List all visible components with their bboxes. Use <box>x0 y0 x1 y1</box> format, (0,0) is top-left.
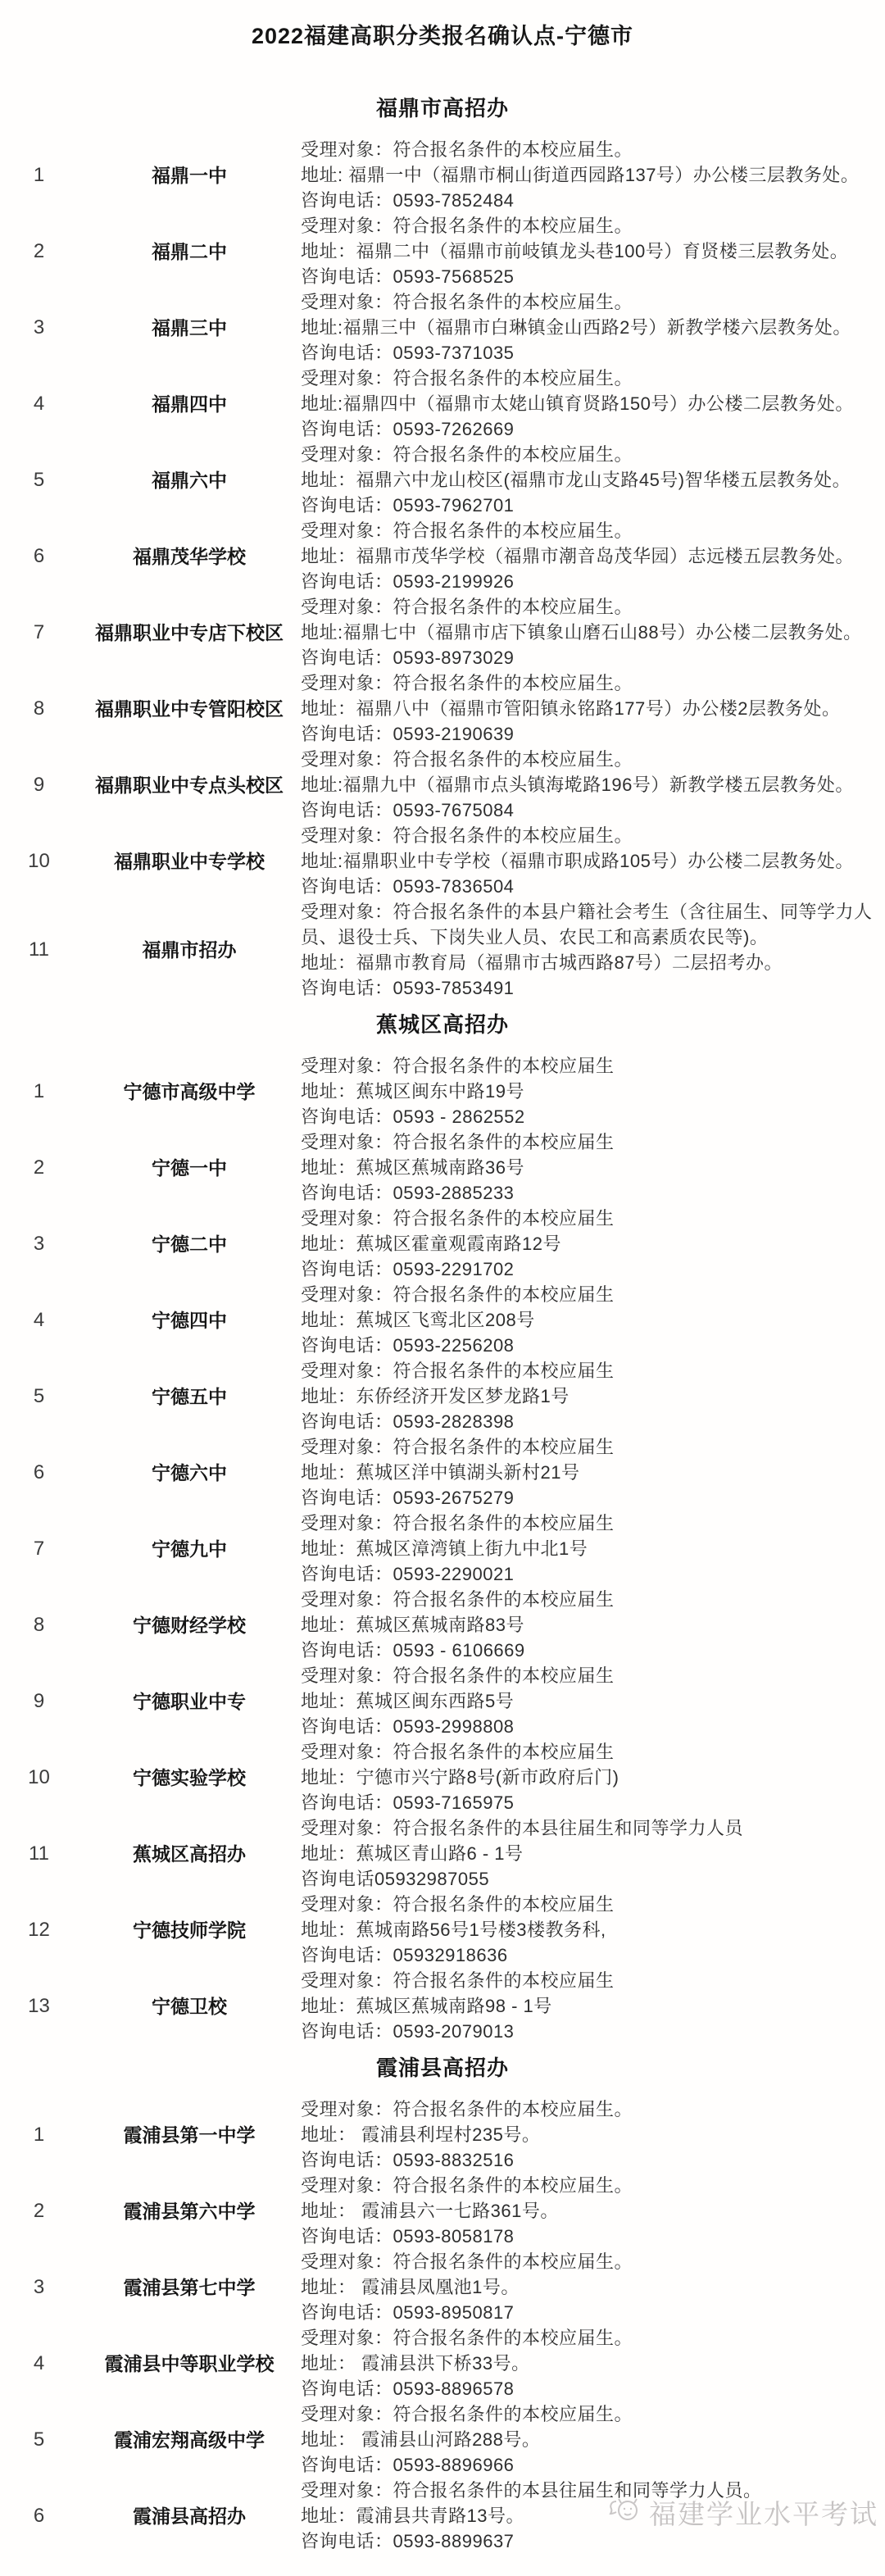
row-number: 4 <box>0 1309 78 1332</box>
row-number: 12 <box>0 1919 78 1942</box>
detail-line: 咨询电话：0593 - 6106669 <box>301 1638 878 1663</box>
table-row: 11 福鼎市招办 受理对象：符合报名条件的本县户籍社会考生（含往届生、同等学力人… <box>0 899 885 1001</box>
detail-line: 地址:福鼎四中（福鼎市太姥山镇育贤路150号）办公楼二层教务处。 <box>301 391 878 416</box>
school-name: 宁德九中 <box>78 1538 301 1561</box>
row-details: 受理对象：符合报名条件的本校应届生地址：蕉城区飞鸾北区208号咨询电话：0593… <box>301 1282 885 1358</box>
section-header: 霞浦县高招办 <box>0 2054 885 2082</box>
row-number: 1 <box>0 164 78 187</box>
detail-line: 受理对象：符合报名条件的本校应届生 <box>301 1511 878 1536</box>
table-row: 5 福鼎六中 受理对象：符合报名条件的本校应届生。地址：福鼎六中龙山校区(福鼎市… <box>0 442 885 518</box>
row-number: 3 <box>0 1233 78 1256</box>
detail-line: 地址：蕉城区洋中镇湖头新村21号 <box>301 1460 878 1485</box>
detail-line: 受理对象：符合报名条件的本校应届生。 <box>301 289 878 315</box>
school-name: 宁德财经学校 <box>78 1614 301 1637</box>
table-row: 11 蕉城区高招办 受理对象：符合报名条件的本县往届生和同等学力人员地址：蕉城区… <box>0 1815 885 1892</box>
table-row: 6 宁德六中 受理对象：符合报名条件的本校应届生地址：蕉城区洋中镇湖头新村21号… <box>0 1434 885 1511</box>
mascot-icon <box>608 2495 644 2531</box>
detail-line: 地址：宁德市兴宁路8号(新市政府后门) <box>301 1765 878 1790</box>
table-row: 3 宁德二中 受理对象：符合报名条件的本校应届生地址：蕉城区霍童观霞南路12号咨… <box>0 1206 885 1282</box>
detail-line: 受理对象：符合报名条件的本校应届生 <box>301 1053 878 1079</box>
detail-line: 地址：蕉城区蕉城南路83号 <box>301 1612 878 1638</box>
detail-line: 地址：蕉城区蕉城南路98 - 1号 <box>301 1993 878 2019</box>
school-name: 福鼎二中 <box>78 240 301 263</box>
detail-line: 地址:福鼎九中（福鼎市点头镇海墘路196号）新教学楼五层教务处。 <box>301 772 878 797</box>
detail-line: 咨询电话：0593 - 2862552 <box>301 1104 878 1129</box>
row-number: 7 <box>0 1538 78 1561</box>
detail-line: 咨询电话：0593-8950817 <box>301 2300 878 2325</box>
row-details: 受理对象：符合报名条件的本校应届生地址：蕉城区蕉城南路83号咨询电话：0593 … <box>301 1587 885 1663</box>
row-details: 受理对象：符合报名条件的本校应届生地址：蕉城南路56号1号楼3楼教务科,咨询电话… <box>301 1892 885 1968</box>
row-details: 受理对象：符合报名条件的本校应届生。地址:福鼎九中（福鼎市点头镇海墘路196号）… <box>301 747 885 823</box>
detail-line: 地址： 霞浦县利埕村235号。 <box>301 2122 878 2147</box>
detail-line: 受理对象：符合报名条件的本校应届生。 <box>301 2249 878 2274</box>
school-name: 福鼎职业中专店下校区 <box>78 621 301 644</box>
table-row: 5 宁德五中 受理对象：符合报名条件的本校应届生地址：东侨经济开发区梦龙路1号咨… <box>0 1358 885 1434</box>
detail-line: 地址：福鼎市教育局（福鼎市古城西路87号）二层招考办。 <box>301 950 878 975</box>
detail-line: 咨询电话05932987055 <box>301 1866 878 1892</box>
row-details: 受理对象：符合报名条件的本校应届生。地址： 霞浦县洪下桥33号。咨询电话：059… <box>301 2325 885 2401</box>
detail-line: 受理对象：符合报名条件的本校应届生 <box>301 1739 878 1765</box>
school-name: 宁德市高级中学 <box>78 1080 301 1103</box>
table-row: 9 宁德职业中专 受理对象：符合报名条件的本校应届生地址：蕉城区闽东西路5号咨询… <box>0 1663 885 1739</box>
table-row: 8 宁德财经学校 受理对象：符合报名条件的本校应届生地址：蕉城区蕉城南路83号咨… <box>0 1587 885 1663</box>
detail-line: 受理对象：符合报名条件的本校应届生 <box>301 1892 878 1917</box>
detail-line: 受理对象：符合报名条件的本县户籍社会考生（含往届生、同等学力人员、退役士兵、下岗… <box>301 899 878 950</box>
row-number: 2 <box>0 1156 78 1179</box>
row-number: 3 <box>0 2276 78 2299</box>
detail-line: 地址：蕉城区霍童观霞南路12号 <box>301 1231 878 1256</box>
section: 蕉城区高招办 1 宁德市高级中学 受理对象：符合报名条件的本校应届生地址：蕉城区… <box>0 1011 885 2044</box>
table-row: 2 福鼎二中 受理对象：符合报名条件的本校应届生。地址：福鼎二中（福鼎市前岐镇龙… <box>0 213 885 289</box>
detail-line: 受理对象：符合报名条件的本校应届生。 <box>301 518 878 543</box>
detail-line: 咨询电话：0593-7675084 <box>301 797 878 823</box>
school-name: 宁德四中 <box>78 1309 301 1332</box>
school-name: 霞浦宏翔高级中学 <box>78 2428 301 2451</box>
row-details: 受理对象：符合报名条件的本校应届生地址：蕉城区霍童观霞南路12号咨询电话：059… <box>301 1206 885 1282</box>
section-rows: 1 宁德市高级中学 受理对象：符合报名条件的本校应届生地址：蕉城区闽东中路19号… <box>0 1053 885 2044</box>
document-page: 2022福建高职分类报名确认点-宁德市 福鼎市高招办 1 福鼎一中 受理对象：符… <box>0 0 885 2576</box>
row-details: 受理对象：符合报名条件的本校应届生。地址：福鼎市茂华学校（福鼎市潮音岛茂华园）志… <box>301 518 885 594</box>
row-number: 5 <box>0 469 78 492</box>
row-details: 受理对象：符合报名条件的本校应届生地址：蕉城区闽东西路5号咨询电话：0593-2… <box>301 1663 885 1739</box>
section: 福鼎市高招办 1 福鼎一中 受理对象：符合报名条件的本校应届生。地址: 福鼎一中… <box>0 94 885 1001</box>
school-name: 福鼎职业中专管阳校区 <box>78 697 301 720</box>
detail-line: 咨询电话：0593-2290021 <box>301 1561 878 1587</box>
school-name: 宁德技师学院 <box>78 1919 301 1942</box>
school-name: 霞浦县中等职业学校 <box>78 2352 301 2375</box>
school-name: 宁德五中 <box>78 1385 301 1408</box>
detail-line: 地址：蕉城区青山路6 - 1号 <box>301 1841 878 1866</box>
school-name: 福鼎职业中专学校 <box>78 850 301 873</box>
school-name: 福鼎职业中专点头校区 <box>78 774 301 797</box>
watermark-label: 福建学业水平考试 <box>649 2493 878 2532</box>
detail-line: 咨询电话：0593-2199926 <box>301 569 878 594</box>
table-row: 7 宁德九中 受理对象：符合报名条件的本校应届生地址：蕉城区漳湾镇上街九中北1号… <box>0 1511 885 1587</box>
detail-line: 地址：蕉城区蕉城南路36号 <box>301 1155 878 1180</box>
detail-line: 受理对象：符合报名条件的本校应届生 <box>301 1129 878 1155</box>
detail-line: 咨询电话：0593-7165975 <box>301 1790 878 1815</box>
detail-line: 受理对象：符合报名条件的本校应届生 <box>301 1587 878 1612</box>
detail-line: 地址：福鼎市茂华学校（福鼎市潮音岛茂华园）志远楼五层教务处。 <box>301 543 878 569</box>
watermark: 福建学业水平考试 <box>608 2493 878 2532</box>
detail-line: 受理对象：符合报名条件的本校应届生。 <box>301 2401 878 2427</box>
school-name: 福鼎一中 <box>78 164 301 187</box>
row-details: 受理对象：符合报名条件的本校应届生。地址：福鼎六中龙山校区(福鼎市龙山支路45号… <box>301 442 885 518</box>
detail-line: 受理对象：符合报名条件的本校应届生。 <box>301 2325 878 2351</box>
table-row: 4 宁德四中 受理对象：符合报名条件的本校应届生地址：蕉城区飞鸾北区208号咨询… <box>0 1282 885 1358</box>
detail-line: 咨询电话：0593-2256208 <box>301 1333 878 1358</box>
detail-line: 地址：福鼎六中龙山校区(福鼎市龙山支路45号)智华楼五层教务处。 <box>301 467 878 493</box>
table-row: 4 霞浦县中等职业学校 受理对象：符合报名条件的本校应届生。地址： 霞浦县洪下桥… <box>0 2325 885 2401</box>
row-number: 11 <box>0 938 78 961</box>
school-name: 福鼎四中 <box>78 393 301 416</box>
row-details: 受理对象：符合报名条件的本校应届生。地址: 福鼎一中（福鼎市桐山街道西园路137… <box>301 137 885 213</box>
school-name: 福鼎六中 <box>78 469 301 492</box>
detail-line: 咨询电话：0593-7371035 <box>301 340 878 366</box>
detail-line: 地址： 霞浦县六一七路361号。 <box>301 2198 878 2224</box>
row-details: 受理对象：符合报名条件的本校应届生地址：东侨经济开发区梦龙路1号咨询电话：059… <box>301 1358 885 1434</box>
detail-line: 受理对象：符合报名条件的本校应届生。 <box>301 670 878 696</box>
school-name: 宁德二中 <box>78 1233 301 1256</box>
detail-line: 咨询电话：0593-2828398 <box>301 1409 878 1434</box>
row-number: 7 <box>0 621 78 644</box>
row-number: 4 <box>0 2352 78 2375</box>
detail-line: 地址：东侨经济开发区梦龙路1号 <box>301 1383 878 1409</box>
detail-line: 地址:福鼎七中（福鼎市店下镇象山磨石山88号）办公楼二层教务处。 <box>301 620 878 645</box>
row-details: 受理对象：符合报名条件的本校应届生。地址： 霞浦县山河路288号。咨询电话：05… <box>301 2401 885 2478</box>
detail-line: 受理对象：符合报名条件的本校应届生。 <box>301 442 878 467</box>
detail-line: 咨询电话：0593-7853491 <box>301 975 878 1001</box>
school-name: 宁德一中 <box>78 1156 301 1179</box>
detail-line: 受理对象：符合报名条件的本校应届生。 <box>301 213 878 239</box>
row-number: 6 <box>0 1461 78 1484</box>
detail-line: 地址：蕉城南路56号1号楼3楼教务科, <box>301 1917 878 1942</box>
school-name: 宁德实验学校 <box>78 1766 301 1789</box>
row-number: 8 <box>0 697 78 720</box>
detail-line: 受理对象：符合报名条件的本校应届生 <box>301 1968 878 1993</box>
detail-line: 受理对象：符合报名条件的本校应届生。 <box>301 747 878 772</box>
row-number: 1 <box>0 1080 78 1103</box>
school-name: 宁德六中 <box>78 1461 301 1484</box>
detail-line: 受理对象：符合报名条件的本校应届生。 <box>301 137 878 162</box>
table-row: 4 福鼎四中 受理对象：符合报名条件的本校应届生。地址:福鼎四中（福鼎市太姥山镇… <box>0 366 885 442</box>
section-header: 福鼎市高招办 <box>0 94 885 122</box>
detail-line: 咨询电话：0593-7568525 <box>301 264 878 289</box>
row-number: 2 <box>0 2200 78 2223</box>
school-name: 霞浦县第七中学 <box>78 2276 301 2299</box>
detail-line: 受理对象：符合报名条件的本县往届生和同等学力人员 <box>301 1815 878 1841</box>
page-title: 2022福建高职分类报名确认点-宁德市 <box>0 0 885 50</box>
row-number: 10 <box>0 850 78 873</box>
table-row: 1 宁德市高级中学 受理对象：符合报名条件的本校应届生地址：蕉城区闽东中路19号… <box>0 1053 885 1129</box>
row-details: 受理对象：符合报名条件的本县户籍社会考生（含往届生、同等学力人员、退役士兵、下岗… <box>301 899 885 1001</box>
row-details: 受理对象：符合报名条件的本校应届生。地址： 霞浦县利埕村235号。咨询电话：05… <box>301 2097 885 2173</box>
row-details: 受理对象：符合报名条件的本校应届生地址：蕉城区蕉城南路36号咨询电话：0593-… <box>301 1129 885 1206</box>
table-row: 3 福鼎三中 受理对象：符合报名条件的本校应届生。地址:福鼎三中（福鼎市白琳镇金… <box>0 289 885 366</box>
row-number: 5 <box>0 1385 78 1408</box>
detail-line: 受理对象：符合报名条件的本校应届生。 <box>301 594 878 620</box>
row-number: 5 <box>0 2428 78 2451</box>
detail-line: 受理对象：符合报名条件的本校应届生 <box>301 1663 878 1688</box>
detail-line: 咨询电话：0593-7262669 <box>301 416 878 442</box>
row-details: 受理对象：符合报名条件的本县往届生和同等学力人员地址：蕉城区青山路6 - 1号咨… <box>301 1815 885 1892</box>
table-row: 2 宁德一中 受理对象：符合报名条件的本校应届生地址：蕉城区蕉城南路36号咨询电… <box>0 1129 885 1206</box>
row-details: 受理对象：符合报名条件的本校应届生。地址：福鼎八中（福鼎市管阳镇永铭路177号）… <box>301 670 885 747</box>
detail-line: 受理对象：符合报名条件的本校应届生。 <box>301 2097 878 2122</box>
detail-line: 咨询电话：0593-7962701 <box>301 493 878 518</box>
detail-line: 地址:福鼎三中（福鼎市白琳镇金山西路2号）新教学楼六层教务处。 <box>301 315 878 340</box>
detail-line: 咨询电话：0593-2190639 <box>301 721 878 747</box>
detail-line: 受理对象：符合报名条件的本校应届生 <box>301 1434 878 1460</box>
row-details: 受理对象：符合报名条件的本校应届生。地址:福鼎四中（福鼎市太姥山镇育贤路150号… <box>301 366 885 442</box>
detail-line: 咨询电话：0593-7836504 <box>301 874 878 899</box>
row-number: 9 <box>0 1690 78 1713</box>
detail-line: 地址：福鼎二中（福鼎市前岐镇龙头巷100号）育贤楼三层教务处。 <box>301 239 878 264</box>
detail-line: 咨询电话：0593-2885233 <box>301 1180 878 1206</box>
detail-line: 咨询电话：0593-8896578 <box>301 2376 878 2401</box>
row-details: 受理对象：符合报名条件的本校应届生。地址：福鼎二中（福鼎市前岐镇龙头巷100号）… <box>301 213 885 289</box>
detail-line: 受理对象：符合报名条件的本校应届生。 <box>301 2173 878 2198</box>
detail-line: 咨询电话：05932918636 <box>301 1942 878 1968</box>
detail-line: 受理对象：符合报名条件的本校应届生 <box>301 1282 878 1307</box>
school-name: 福鼎市招办 <box>78 938 301 961</box>
detail-line: 咨询电话：0593-2998808 <box>301 1714 878 1739</box>
table-row: 2 霞浦县第六中学 受理对象：符合报名条件的本校应届生。地址： 霞浦县六一七路3… <box>0 2173 885 2249</box>
detail-line: 地址：福鼎八中（福鼎市管阳镇永铭路177号）办公楼2层教务处。 <box>301 696 878 721</box>
school-name: 宁德职业中专 <box>78 1690 301 1713</box>
detail-line: 咨询电话：0593-8832516 <box>301 2147 878 2173</box>
detail-line: 咨询电话：0593-2675279 <box>301 1485 878 1511</box>
detail-line: 咨询电话：0593-8896966 <box>301 2452 878 2478</box>
table-row: 8 福鼎职业中专管阳校区 受理对象：符合报名条件的本校应届生。地址：福鼎八中（福… <box>0 670 885 747</box>
detail-line: 地址： 霞浦县洪下桥33号。 <box>301 2351 878 2376</box>
detail-line: 地址：蕉城区漳湾镇上街九中北1号 <box>301 1536 878 1561</box>
row-number: 10 <box>0 1766 78 1789</box>
row-details: 受理对象：符合报名条件的本校应届生地址：蕉城区闽东中路19号咨询电话：0593 … <box>301 1053 885 1129</box>
table-row: 7 福鼎职业中专店下校区 受理对象：符合报名条件的本校应届生。地址:福鼎七中（福… <box>0 594 885 670</box>
row-details: 受理对象：符合报名条件的本校应届生。地址： 霞浦县凤凰池1号。咨询电话：0593… <box>301 2249 885 2325</box>
row-number: 6 <box>0 545 78 568</box>
table-row: 9 福鼎职业中专点头校区 受理对象：符合报名条件的本校应届生。地址:福鼎九中（福… <box>0 747 885 823</box>
table-row: 12 宁德技师学院 受理对象：符合报名条件的本校应届生地址：蕉城南路56号1号楼… <box>0 1892 885 1968</box>
detail-line: 受理对象：符合报名条件的本校应届生。 <box>301 366 878 391</box>
school-name: 福鼎茂华学校 <box>78 545 301 568</box>
row-details: 受理对象：符合报名条件的本校应届生地址：蕉城区漳湾镇上街九中北1号咨询电话：05… <box>301 1511 885 1587</box>
row-number: 2 <box>0 240 78 263</box>
detail-line: 咨询电话：0593-8899637 <box>301 2528 878 2554</box>
table-row: 5 霞浦宏翔高级中学 受理对象：符合报名条件的本校应届生。地址： 霞浦县山河路2… <box>0 2401 885 2478</box>
table-row: 1 福鼎一中 受理对象：符合报名条件的本校应届生。地址: 福鼎一中（福鼎市桐山街… <box>0 137 885 213</box>
detail-line: 受理对象：符合报名条件的本校应届生 <box>301 1358 878 1383</box>
row-details: 受理对象：符合报名条件的本校应届生地址：宁德市兴宁路8号(新市政府后门)咨询电话… <box>301 1739 885 1815</box>
detail-line: 地址： 霞浦县凤凰池1号。 <box>301 2274 878 2300</box>
row-number: 3 <box>0 316 78 339</box>
school-name: 霞浦县第六中学 <box>78 2200 301 2223</box>
section: 霞浦县高招办 1 霞浦县第一中学 受理对象：符合报名条件的本校应届生。地址： 霞… <box>0 2054 885 2554</box>
row-number: 9 <box>0 774 78 797</box>
section-rows: 1 福鼎一中 受理对象：符合报名条件的本校应届生。地址: 福鼎一中（福鼎市桐山街… <box>0 137 885 1001</box>
detail-line: 受理对象：符合报名条件的本校应届生。 <box>301 823 878 848</box>
table-row: 10 宁德实验学校 受理对象：符合报名条件的本校应届生地址：宁德市兴宁路8号(新… <box>0 1739 885 1815</box>
sections: 福鼎市高招办 1 福鼎一中 受理对象：符合报名条件的本校应届生。地址: 福鼎一中… <box>0 94 885 2554</box>
row-number: 6 <box>0 2505 78 2528</box>
school-name: 霞浦县第一中学 <box>78 2124 301 2147</box>
detail-line: 咨询电话：0593-2079013 <box>301 2019 878 2044</box>
row-number: 4 <box>0 393 78 416</box>
row-number: 11 <box>0 1842 78 1865</box>
row-details: 受理对象：符合报名条件的本校应届生地址：蕉城区洋中镇湖头新村21号咨询电话：05… <box>301 1434 885 1511</box>
school-name: 福鼎三中 <box>78 316 301 339</box>
detail-line: 咨询电话：0593-8973029 <box>301 645 878 670</box>
detail-line: 地址:福鼎职业中专学校（福鼎市职成路105号）办公楼二层教务处。 <box>301 848 878 874</box>
school-name: 蕉城区高招办 <box>78 1842 301 1865</box>
row-details: 受理对象：符合报名条件的本校应届生地址：蕉城区蕉城南路98 - 1号咨询电话：0… <box>301 1968 885 2044</box>
row-details: 受理对象：符合报名条件的本校应届生。地址:福鼎职业中专学校（福鼎市职成路105号… <box>301 823 885 899</box>
row-details: 受理对象：符合报名条件的本校应届生。地址:福鼎七中（福鼎市店下镇象山磨石山88号… <box>301 594 885 670</box>
detail-line: 地址: 福鼎一中（福鼎市桐山街道西园路137号）办公楼三层教务处。 <box>301 162 878 188</box>
school-name: 宁德卫校 <box>78 1995 301 2018</box>
table-row: 13 宁德卫校 受理对象：符合报名条件的本校应届生地址：蕉城区蕉城南路98 - … <box>0 1968 885 2044</box>
row-details: 受理对象：符合报名条件的本校应届生。地址： 霞浦县六一七路361号。咨询电话：0… <box>301 2173 885 2249</box>
detail-line: 咨询电话：0593-2291702 <box>301 1256 878 1282</box>
detail-line: 地址：蕉城区闽东中路19号 <box>301 1079 878 1104</box>
detail-line: 地址：蕉城区闽东西路5号 <box>301 1688 878 1714</box>
detail-line: 受理对象：符合报名条件的本校应届生 <box>301 1206 878 1231</box>
detail-line: 咨询电话：0593-8058178 <box>301 2224 878 2249</box>
row-number: 8 <box>0 1614 78 1637</box>
table-row: 10 福鼎职业中专学校 受理对象：符合报名条件的本校应届生。地址:福鼎职业中专学… <box>0 823 885 899</box>
section-rows: 1 霞浦县第一中学 受理对象：符合报名条件的本校应届生。地址： 霞浦县利埕村23… <box>0 2097 885 2554</box>
school-name: 霞浦县高招办 <box>78 2505 301 2528</box>
section-header: 蕉城区高招办 <box>0 1011 885 1038</box>
row-number: 1 <box>0 2124 78 2147</box>
detail-line: 咨询电话：0593-7852484 <box>301 188 878 213</box>
row-details: 受理对象：符合报名条件的本校应届生。地址:福鼎三中（福鼎市白琳镇金山西路2号）新… <box>301 289 885 366</box>
row-number: 13 <box>0 1995 78 2018</box>
table-row: 3 霞浦县第七中学 受理对象：符合报名条件的本校应届生。地址： 霞浦县凤凰池1号… <box>0 2249 885 2325</box>
table-row: 1 霞浦县第一中学 受理对象：符合报名条件的本校应届生。地址： 霞浦县利埕村23… <box>0 2097 885 2173</box>
detail-line: 地址：蕉城区飞鸾北区208号 <box>301 1307 878 1333</box>
table-row: 6 福鼎茂华学校 受理对象：符合报名条件的本校应届生。地址：福鼎市茂华学校（福鼎… <box>0 518 885 594</box>
detail-line: 地址： 霞浦县山河路288号。 <box>301 2427 878 2452</box>
